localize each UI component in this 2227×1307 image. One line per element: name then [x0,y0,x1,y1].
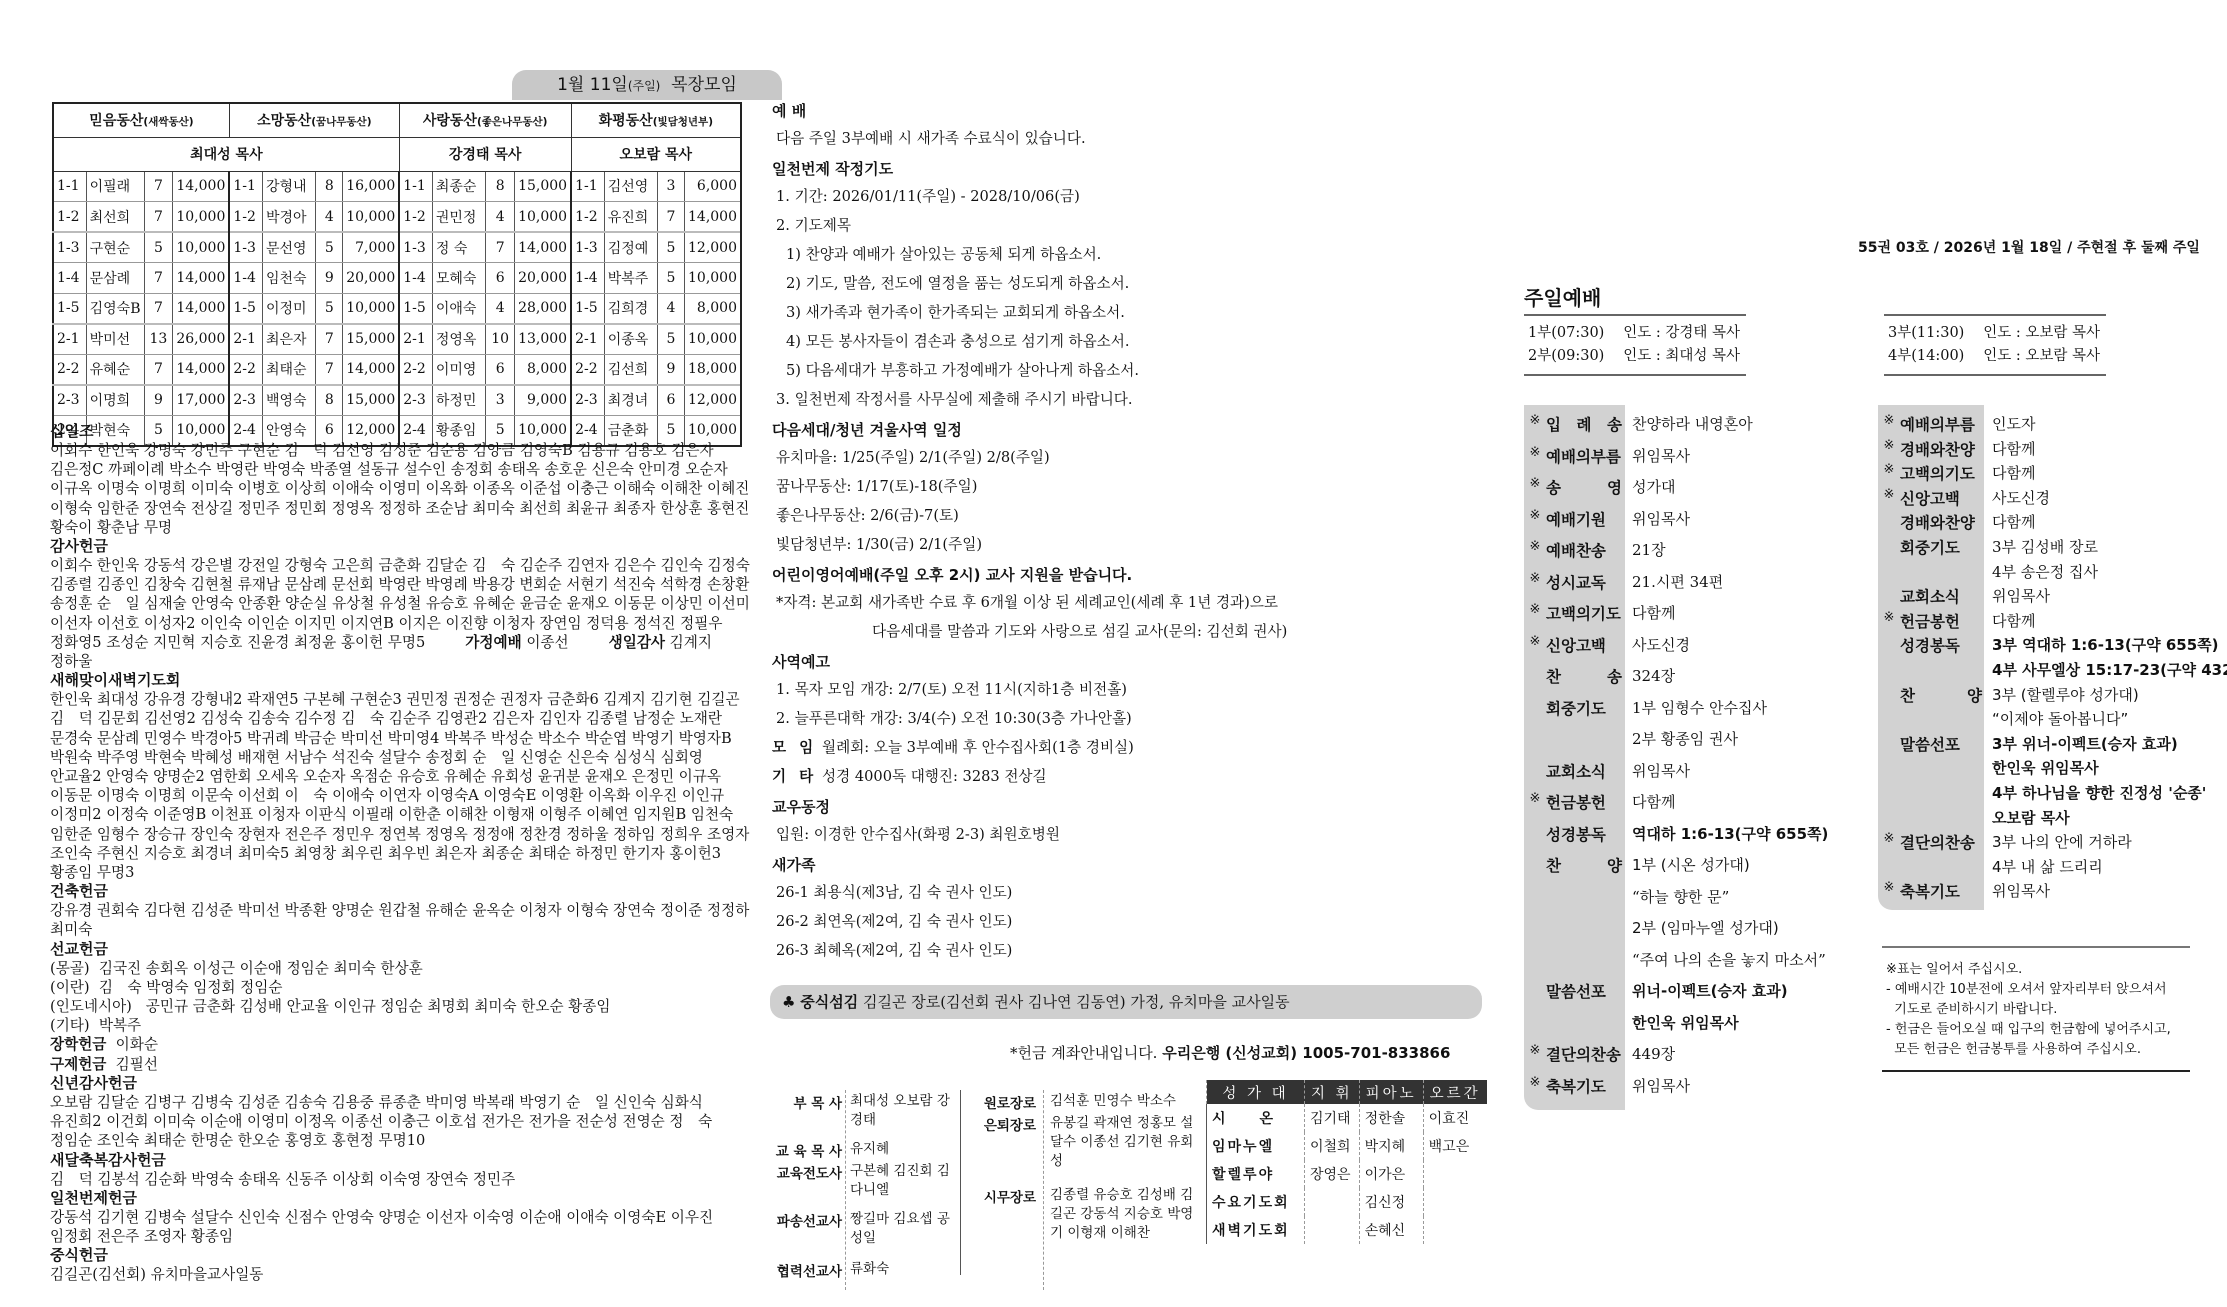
order-label: 신앙고백 [1900,487,1982,509]
cell-row: 1-2최선희710,0001-2박경아410,0001-2권민정410,0001… [53,202,741,233]
cell-name: 문선영 [262,232,315,263]
worship-order-item: ※성시교독21.시편 34편 [1524,571,1723,593]
cell-code: 1-3 [399,232,432,263]
order-label [1546,949,1622,970]
cell-name: 유혜순 [86,354,144,385]
section-title: 새달축복감사헌금 [50,1151,750,1170]
order-label: 예배의부름 [1900,413,1982,435]
order-label: 신앙고백 [1546,634,1622,656]
worship-order-item: ※신앙고백사도신경 [1878,487,2050,509]
cell-name: 모혜숙 [432,263,485,294]
pastor-header: 최대성 목사 [53,137,399,171]
cell-cnt: 7 [486,232,515,263]
cell-name: 이미영 [432,354,485,385]
cell-cnt: 7 [144,171,173,202]
order-label: 경배와찬양 [1900,438,1982,460]
cell-amt: 15,000 [343,324,400,355]
section-title: 감사헌금 [50,537,750,556]
worship-order-item: 한인욱 위임목사 [1878,757,2099,778]
order-value: 다함께 [1622,791,1675,813]
new-family-item: 26-3 최혜옥(제2여, 김 숙 권사 인도) [772,936,1492,965]
worship-order-item: ※예배기원위임목사 [1524,508,1690,530]
service-title: 주일예배 [1524,282,1601,311]
order-label [1546,886,1622,907]
cell-amt: 16,000 [343,171,400,202]
order-value: 다함께 [1982,462,2035,484]
order-value: 1부 (시온 성가대) [1622,854,1750,876]
mission-line: (몽골) 김국진 송회옥 이성근 이순애 정임순 최미숙 한상훈 [50,959,750,978]
news-column: 예 배 다음 주일 3부예배 시 새가족 수료식이 있습니다. 일천번제 작정기… [772,95,1492,965]
cell-code: 1-2 [399,202,432,233]
order-label: 성경봉독 [1900,634,1982,656]
order-value: 4부 송은정 집사 [1982,561,2098,582]
choir-row: 새벽기도회손혜신 [1207,1216,1487,1244]
cell-name: 강형내 [262,171,315,202]
order-label [1900,807,1982,828]
cell-meeting-table: 믿음동산(새싹동산) 소망동산(꿈나무동산) 사랑동산(좋은나무동산) 화평동산… [52,102,742,447]
service-time-row: 3부(11:30)인도 : 오보람 목사 [1888,322,2100,345]
worship-order-item: “하늘 향한 문” [1524,886,1729,907]
notice-line: 모든 헌금은 헌금봉투를 사용하여 주십시오. [1886,1040,2190,1060]
cell-code: 2-1 [571,324,604,355]
cell-amt: 10,000 [684,263,741,294]
standing-mark-icon: ※ [1878,438,1900,460]
worship-order-item: 4부 내 삶 드리리 [1878,856,2103,877]
cell-name: 구현순 [86,232,144,263]
order-label: 성시교독 [1546,571,1622,593]
order-value: 역대하 1:6-13(구약 655쪽) [1622,823,1828,845]
standing-mark-icon: ※ [1524,634,1546,656]
order-label: 축복기도 [1546,1075,1622,1097]
cell-cnt: 9 [658,354,685,385]
cell-amt: 10,000 [343,202,400,233]
lunch-service-bar: ♣ 중식섬김 김길곤 장로(김선회 권사 김나연 김동연) 가정, 유치마을 교… [770,985,1482,1019]
service-time-row: 2부(09:30)인도 : 최대성 목사 [1528,345,1740,368]
order-label: 입 례 송 [1546,413,1622,435]
choir-member [1305,1216,1360,1244]
cell-cnt: 4 [486,202,515,233]
order-label: 찬 양 [1546,854,1622,876]
cell-name: 이종옥 [604,324,657,355]
cell-cnt: 7 [144,263,173,294]
staff-role: 부 목 사 [760,1092,842,1112]
worship-order-item: 2부 (임마누엘 성가대) [1524,917,1779,938]
order-value: 다함께 [1622,602,1675,624]
worship-order-item: 교회소식위임목사 [1524,760,1690,782]
cell-cnt: 5 [316,232,343,263]
order-value: 4부 하나님을 향한 진정성 '순종' [1982,782,2206,803]
order-value: 한인욱 위임목사 [1982,757,2099,778]
cell-code: 1-5 [53,293,86,324]
cell-name: 이정미 [262,293,315,324]
order-value: 위임목사 [1622,760,1690,782]
cell-cnt: 6 [486,354,515,385]
cell-code: 2-1 [53,324,86,355]
order-label: 찬 송 [1546,665,1622,687]
choir-member: 김기태 [1305,1104,1360,1132]
order-label: 회중기도 [1900,536,1982,558]
worship-notice: ※표는 일어서 주십시오. - 예배시간 10분전에 오셔서 앞자리부터 앉으셔… [1882,946,2190,1072]
cell-cnt: 7 [316,324,343,355]
choir-member [1423,1160,1487,1188]
order-label: 송 영 [1546,476,1622,498]
cell-amt: 10,000 [343,293,400,324]
cell-row: 1-4문삼례714,0001-4임천숙920,0001-4모혜숙620,0001… [53,263,741,294]
standing-mark-icon [1524,886,1546,907]
cell-cnt: 7 [316,354,343,385]
standing-mark-icon [1878,634,1900,656]
order-value: 위임목사 [1622,445,1690,467]
service-times-right: 3부(11:30)인도 : 오보람 목사 4부(14:00)인도 : 오보람 목… [1884,314,2106,376]
staff-names: 구본혜 김진회 김다니엘 [850,1162,960,1200]
order-label [1900,659,1982,680]
cell-name: 백영숙 [262,385,315,416]
cell-cnt: 7 [658,202,685,233]
standing-mark-icon [1524,697,1546,719]
staff-role: 교육전도사 [760,1162,842,1182]
cell-cnt: 8 [316,171,343,202]
cell-cnt: 7 [144,293,173,324]
choir-row: 시 온김기태정한솔이효진 [1207,1104,1487,1132]
worship-order-item: 찬 양1부 (시온 성가대) [1524,854,1750,876]
standing-mark-icon [1878,659,1900,680]
cell-cnt: 5 [658,232,685,263]
worship-order-item: “주여 나의 손을 놓지 마소서” [1524,949,1826,970]
order-label [1900,782,1982,803]
cell-name: 박복주 [604,263,657,294]
cell-cnt: 4 [658,293,685,324]
divider [845,1090,846,1290]
order-label: 헌금봉헌 [1546,791,1622,813]
cell-name: 최태순 [262,354,315,385]
news-line: 좋은나무동산: 2/6(금)-7(토) [772,501,1492,530]
order-value: 위임목사 [1622,1075,1690,1097]
cell-amt: 12,000 [684,232,741,263]
cell-amt: 20,000 [515,263,572,294]
standing-mark-icon: ※ [1878,831,1900,853]
notice-line: - 헌금은 들어오실 때 입구의 헌금함에 넣어주시고, [1886,1020,2190,1040]
relief-line: 구제헌금 김필선 [50,1055,750,1074]
staff-names: 김종렬 유승호 김성배 김길곤 강동석 지승호 박영기 이형재 이해찬 [1050,1186,1195,1243]
cell-code: 1-2 [229,202,262,233]
worship-order-item: ※경배와찬양다함께 [1878,438,2035,460]
cell-amt: 20,000 [343,263,400,294]
cell-name: 최종순 [432,171,485,202]
standing-mark-icon [1878,684,1900,706]
order-label: 예배기원 [1546,508,1622,530]
mission-line: (이란) 김 숙 박영숙 임정회 정임순 [50,978,750,997]
order-value: 2부 황종임 권사 [1622,728,1738,749]
pastor-header-row: 최대성 목사 강경태 목사 오보람 목사 [53,137,741,171]
prayer-item: 1) 찬양과 예배가 살아있는 공동체 되게 하옵소서. [772,240,1492,269]
worship-order-item: “이제야 돌아봅니다” [1878,708,2128,729]
cell-amt: 7,000 [343,232,400,263]
cell-code: 1-1 [229,171,262,202]
news-line: 입원: 이경한 안수집사(화평 2-3) 최원호병원 [772,820,1492,849]
cell-name: 문삼례 [86,263,144,294]
cell-amt: 10,000 [173,232,230,263]
standing-mark-icon: ※ [1524,1043,1546,1065]
staff-names: 류화숙 [850,1260,960,1279]
scholarship-line: 장학헌금 이화순 [50,1035,750,1054]
divider [960,1090,961,1275]
order-value: 324장 [1622,665,1675,687]
standing-mark-icon [1524,854,1546,876]
order-label: 회중기도 [1546,697,1622,719]
order-value: 위임목사 [1622,508,1690,530]
order-value: 21.시편 34편 [1622,571,1723,593]
cell-amt: 10,000 [173,202,230,233]
group-header: 화평동산(빛담청년부) [571,103,741,137]
issue-info: 55권 03호 / 2026년 1월 18일 / 주현절 후 둘째 주일 [1858,237,2200,257]
worship-order-item: ※고백의기도다함께 [1524,602,1675,624]
standing-mark-icon [1524,760,1546,782]
order-value: 449장 [1622,1043,1675,1065]
choir-member [1305,1188,1360,1216]
cell-cnt: 3 [486,385,515,416]
order-value: 1부 임형수 안수집사 [1622,697,1767,719]
name-list: 오보람 김달순 김병구 김병숙 김성준 김송숙 김용중 류종춘 박미영 박복래 … [50,1093,750,1151]
cell-amt: 9,000 [515,385,572,416]
worship-order-item: 한인욱 위임목사 [1524,1012,1739,1033]
worship-order-item: 회중기도1부 임형수 안수집사 [1524,697,1767,719]
offering-list: 십일조 이회수 한인욱 강명숙 강민주 구현순 김 덕 김선영 김성준 김순용 … [50,422,750,1284]
cell-name: 임천숙 [262,263,315,294]
order-label [1900,856,1982,877]
standing-mark-icon [1878,511,1900,533]
section-title: 선교헌금 [50,940,750,959]
order-value: 4부 사무엘상 15:17-23(구약 432쪽) [1982,659,2227,680]
news-line: 1. 목자 모임 개강: 2/7(토) 오전 11시(지하1층 비전홀) [772,675,1492,704]
standing-mark-icon [1524,980,1546,1002]
pastor-header: 오보람 목사 [571,137,741,171]
worship-order-item: ※송 영성가대 [1524,476,1675,498]
choir-header: 성 가 대 [1207,1080,1305,1104]
cell-amt: 15,000 [343,385,400,416]
news-line: *자격: 본교회 새가족반 수료 후 6개월 이상 된 세례교인(세례 후 1년… [772,588,1492,617]
cell-cnt: 6 [486,263,515,294]
order-value: 다함께 [1982,511,2035,533]
standing-mark-icon: ※ [1524,413,1546,435]
standing-mark-icon [1524,823,1546,845]
staff-names: 김석훈 민영수 박소수 [1050,1092,1195,1111]
order-label: 경배와찬양 [1900,511,1982,533]
prayer-item: 5) 다음세대가 부흥하고 가정예배가 살아나게 하옵소서. [772,356,1492,385]
standing-mark-icon: ※ [1524,445,1546,467]
order-label: 결단의찬송 [1546,1043,1622,1065]
choir-member: 손혜신 [1359,1216,1423,1244]
cell-amt: 14,000 [343,354,400,385]
staff-names: 최대성 오보람 강경태 [850,1092,960,1130]
divider [1043,1090,1044,1290]
name-list: 강유경 권회숙 김다현 김성준 박미선 박종환 양명순 원갑철 유해순 윤옥순 … [50,901,750,939]
worship-order-right: ※예배의부름인도자※경배와찬양다함께※고백의기도다함께※신앙고백사도신경경배와찬… [1878,405,2218,910]
cell-code: 1-2 [571,202,604,233]
worship-order-item: 성경봉독역대하 1:6-13(구약 655쪽) [1524,823,1828,845]
order-value: 찬양하라 내영혼아 [1622,413,1753,435]
cell-name: 김희경 [604,293,657,324]
order-value: 3부 역대하 1:6-13(구약 655쪽) [1982,634,2219,656]
standing-mark-icon: ※ [1524,602,1546,624]
order-value: 다함께 [1982,610,2035,632]
choir-header-row: 성 가 대 지 휘 피아노 오르간 [1207,1080,1487,1104]
worship-order-item: ※축복기도위임목사 [1878,880,2050,902]
cell-cnt: 4 [316,202,343,233]
notice-line: ※표는 일어서 주십시오. [1886,960,2190,980]
worship-order-item: 교회소식위임목사 [1878,585,2050,607]
cell-amt: 26,000 [173,324,230,355]
cell-code: 2-2 [571,354,604,385]
cell-name: 박경아 [262,202,315,233]
cell-amt: 14,000 [173,293,230,324]
section-title: 십일조 [50,422,750,441]
order-label: 고백의기도 [1900,462,1982,484]
section-title: 새해맞이새벽기도회 [50,671,750,690]
cell-cnt: 5 [144,232,173,263]
cell-cnt: 10 [486,324,515,355]
choir-member [1423,1216,1487,1244]
cell-amt: 18,000 [684,354,741,385]
cell-row: 2-3이명희917,0002-3백영숙815,0002-3하정민39,0002-… [53,385,741,416]
cell-code: 2-3 [53,385,86,416]
cell-code: 1-5 [229,293,262,324]
order-label: 성경봉독 [1546,823,1622,845]
standing-mark-icon [1878,856,1900,877]
cell-amt: 14,000 [515,232,572,263]
cell-code: 1-3 [229,232,262,263]
cell-code: 2-3 [399,385,432,416]
choir-member: 장영은 [1305,1160,1360,1188]
choir-table: 성 가 대 지 휘 피아노 오르간 시 온김기태정한솔이효진임마누엘이철희박지혜… [1206,1080,1487,1244]
standing-mark-icon [1524,949,1546,970]
order-value: 한인욱 위임목사 [1622,1012,1739,1033]
choir-member: 박지혜 [1359,1132,1423,1160]
cell-name: 권민정 [432,202,485,233]
worship-order-item: ※예배찬송21장 [1524,539,1666,561]
order-value: 위임목사 [1982,585,2050,607]
cell-cnt: 5 [658,263,685,294]
section-title: 사역예고 [772,650,1492,675]
cell-amt: 17,000 [173,385,230,416]
standing-mark-icon [1524,665,1546,687]
worship-order-item: ※신앙고백사도신경 [1524,634,1690,656]
order-value: 성가대 [1622,476,1675,498]
cell-code: 1-4 [229,263,262,294]
order-value: 3부 위너-이펙트(승자 효과) [1982,733,2178,755]
order-label: 결단의찬송 [1900,831,1982,853]
news-line: 다음세대를 말씀과 기도와 사랑으로 섬길 교사(문의: 김선회 권사) [772,617,1492,646]
order-label: 말씀선포 [1546,980,1622,1002]
worship-order-item: ※예배의부름인도자 [1878,413,2035,435]
order-value: 위너-이펙트(승자 효과) [1622,980,1788,1002]
news-line: 2. 늘푸른대학 개강: 3/4(수) 오전 10:30(3층 가나안홀) [772,704,1492,733]
cell-cnt: 8 [486,171,515,202]
cell-row: 2-1박미선1326,0002-1최은자715,0002-1정영옥1013,00… [53,324,741,355]
prayer-item: 3) 새가족과 현가족이 한가족되는 교회되게 하옵소서. [772,298,1492,327]
cell-cnt: 6 [658,385,685,416]
cell-cnt: 4 [486,293,515,324]
mission-line: (인도네시아) 공민규 금춘화 김성배 안교율 이인규 정임순 최명회 최미숙 … [50,997,750,1016]
worship-order-item: 말씀선포위너-이펙트(승자 효과) [1524,980,1788,1002]
order-value: 오보람 목사 [1982,807,2070,828]
order-label: 말씀선포 [1900,733,1982,755]
group-header: 소망동산(꿈나무동산) [229,103,399,137]
cell-code: 1-3 [53,232,86,263]
cell-code: 1-5 [399,293,432,324]
notice-line: - 예배시간 10분전에 오셔서 앞자리부터 앉으셔서 [1886,980,2190,1000]
choir-name: 수요기도회 [1207,1188,1305,1216]
cell-code: 1-5 [571,293,604,324]
section-title: 중식헌금 [50,1246,750,1265]
choir-row: 수요기도회김신정 [1207,1188,1487,1216]
standing-mark-icon [1878,585,1900,607]
cell-row: 2-2유혜순714,0002-2최태순714,0002-2이미영68,0002-… [53,354,741,385]
name-list: 강동석 김기현 김병숙 설달수 신인숙 신점수 안영숙 양명순 이선자 이숙영 … [50,1208,750,1246]
name-list: 김길곤(김선회) 유치마을교사일동 [50,1265,750,1284]
order-label: 고백의기도 [1546,602,1622,624]
news-line: 빛담청년부: 1/30(금) 2/1(주일) [772,530,1492,559]
cell-code: 1-1 [399,171,432,202]
standing-mark-icon: ※ [1878,462,1900,484]
cell-amt: 10,000 [684,324,741,355]
new-family-item: 26-2 최연옥(제2여, 김 숙 권사 인도) [772,907,1492,936]
order-value: 위임목사 [1982,880,2050,902]
cell-amt: 14,000 [684,202,741,233]
standing-mark-icon: ※ [1524,1075,1546,1097]
worship-order-item: ※헌금봉헌다함께 [1524,791,1675,813]
order-value: 3부 김성배 장로 [1982,536,2098,558]
staff-role: 파송선교사 [760,1210,842,1230]
cell-amt: 15,000 [515,171,572,202]
choir-name: 임마누엘 [1207,1132,1305,1160]
cell-amt: 6,000 [684,171,741,202]
staff-role: 시무장로 [966,1186,1036,1206]
cell-cnt: 5 [316,293,343,324]
worship-order-item: 성경봉독3부 역대하 1:6-13(구약 655쪽) [1878,634,2219,656]
cell-row: 1-5김영숙B714,0001-5이정미510,0001-5이애숙428,000… [53,293,741,324]
cell-row: 1-3구현순510,0001-3문선영57,0001-3정 숙714,0001-… [53,232,741,263]
order-label [1900,708,1982,729]
standing-mark-icon: ※ [1524,571,1546,593]
worship-order-item: ※축복기도위임목사 [1524,1075,1690,1097]
choir-name: 시 온 [1207,1104,1305,1132]
new-family-item: 26-1 최용식(제3남, 김 숙 권사 인도) [772,878,1492,907]
choir-header: 피아노 [1359,1080,1423,1104]
cell-name: 유진희 [604,202,657,233]
worship-order-item: 오보람 목사 [1878,807,2070,828]
cell-name: 김선영 [604,171,657,202]
service-time-row: 4부(14:00)인도 : 오보람 목사 [1888,345,2100,368]
order-label: 예배찬송 [1546,539,1622,561]
worship-order-item: ※헌금봉헌다함께 [1878,610,2035,632]
standing-mark-icon: ※ [1878,487,1900,509]
cell-code: 1-4 [399,263,432,294]
pastor-header: 강경태 목사 [399,137,571,171]
cell-amt: 14,000 [173,354,230,385]
worship-order-item: ※예배의부름위임목사 [1524,445,1690,467]
standing-mark-icon: ※ [1524,539,1546,561]
cell-amt: 28,000 [515,293,572,324]
cell-amt: 8,000 [684,293,741,324]
worship-order-item: ※입 례 송찬양하라 내영혼아 [1524,413,1753,435]
cell-code: 2-3 [571,385,604,416]
cell-amt: 13,000 [515,324,572,355]
section-title: 교우동정 [772,795,1492,820]
standing-mark-icon [1878,757,1900,778]
cell-name: 정 숙 [432,232,485,263]
staff-names: 유지혜 [850,1140,960,1159]
section-title: 어린이영어예배(주일 오후 2시) 교사 지원을 받습니다. [772,563,1492,588]
